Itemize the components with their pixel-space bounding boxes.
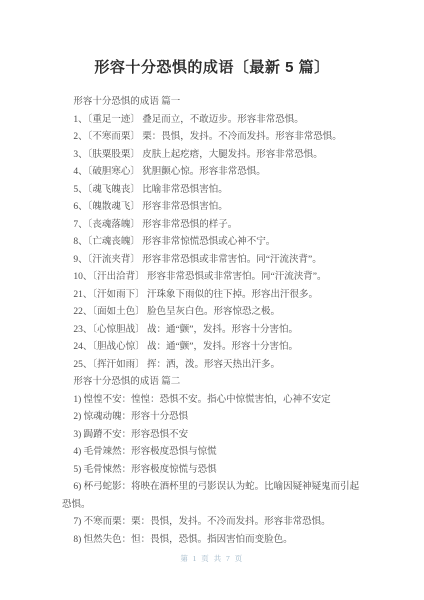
idiom-item: 6) 杯弓蛇影：将映在酒杯里的弓影误认为蛇。比喻因疑神疑鬼而引起恐惧。 [62, 479, 368, 514]
idiom-item: 10、〔汗出洽背〕 形容非常恐惧或非常害怕。同“汗流浃背”。 [62, 269, 368, 287]
idiom-item: 24、〔胆战心惊〕 战：通“颤”，发抖。形容十分害怕。 [62, 339, 368, 357]
document-page: 形容十分恐惧的成语〔最新 5 篇〕 形容十分恐惧的成语 篇一 1、〔重足一迹〕 … [0, 0, 424, 600]
idiom-item: 22、〔面如土色〕 脸色呈灰白色。形容惊恐之极。 [62, 304, 368, 322]
idiom-item: 2) 惊魂动魄：形容十分恐惧 [62, 409, 368, 427]
idiom-item: 5、〔魂飞魄丧〕 比喻非常恐惧害怕。 [62, 182, 368, 200]
idiom-item: 1) 惶惶不安：惶惶：恐惧不安。指心中惊慌害怕，心神不安定 [62, 392, 368, 410]
idiom-item: 5) 毛骨悚然：形容极度惊慌与恐惧 [62, 462, 368, 480]
idiom-item: 21、〔汗如雨下〕 汗珠象下雨似的往下掉。形容出汗很多。 [62, 287, 368, 305]
idiom-item: 7、〔丧魂落魄〕 形容非常恐惧的样子。 [62, 217, 368, 235]
idiom-item: 25、〔挥汗如雨〕 挥：洒，泼。形容天热出汗多。 [62, 357, 368, 375]
idiom-item: 4、〔破胆寒心〕 犹胆颤心惊。形容非常恐惧。 [62, 164, 368, 182]
section-1-heading: 形容十分恐惧的成语 篇一 [62, 94, 368, 112]
idiom-item: 3) 跼蹐不安：形容恐惧不安 [62, 427, 368, 445]
idiom-item: 6、〔魄散魂飞〕 形容非常恐惧害怕。 [62, 199, 368, 217]
idiom-item: 8) 怛然失色：怛：畏惧，恐惧。指因害怕而变脸色。 [62, 532, 368, 550]
idiom-item: 9、〔汗流夹背〕 形容非常恐惧或非常害怕。同“汗流浃背”。 [62, 252, 368, 270]
idiom-item: 7) 不寒而栗：栗：畏惧，发抖。不冷而发抖。形容非常恐惧。 [62, 514, 368, 532]
idiom-item: 8、〔亡魂丧魄〕 形容非常惊慌恐惧或心神不宁。 [62, 234, 368, 252]
idiom-item: 23、〔心惊胆战〕 战：通“颤”，发抖。形容十分害怕。 [62, 322, 368, 340]
idiom-item: 2、〔不寒而栗〕 栗：畏惧，发抖。不冷而发抖。形容非常恐惧。 [62, 129, 368, 147]
idiom-item: 4) 毛骨竦然：形容极度恐惧与惊慌 [62, 444, 368, 462]
page-number: 第 1 页 共 7 页 [0, 553, 424, 564]
page-title: 形容十分恐惧的成语〔最新 5 篇〕 [0, 0, 424, 79]
idiom-item: 1、〔重足一迹〕 叠足而立，不敢迈步。形容非常恐惧。 [62, 112, 368, 130]
idiom-item: 3、〔肤粟股栗〕 皮肤上起疙瘩，大腿发抖。形容非常恐惧。 [62, 147, 368, 165]
section-2-heading: 形容十分恐惧的成语 篇二 [62, 374, 368, 392]
document-body: 形容十分恐惧的成语 篇一 1、〔重足一迹〕 叠足而立，不敢迈步。形容非常恐惧。 … [0, 94, 424, 549]
